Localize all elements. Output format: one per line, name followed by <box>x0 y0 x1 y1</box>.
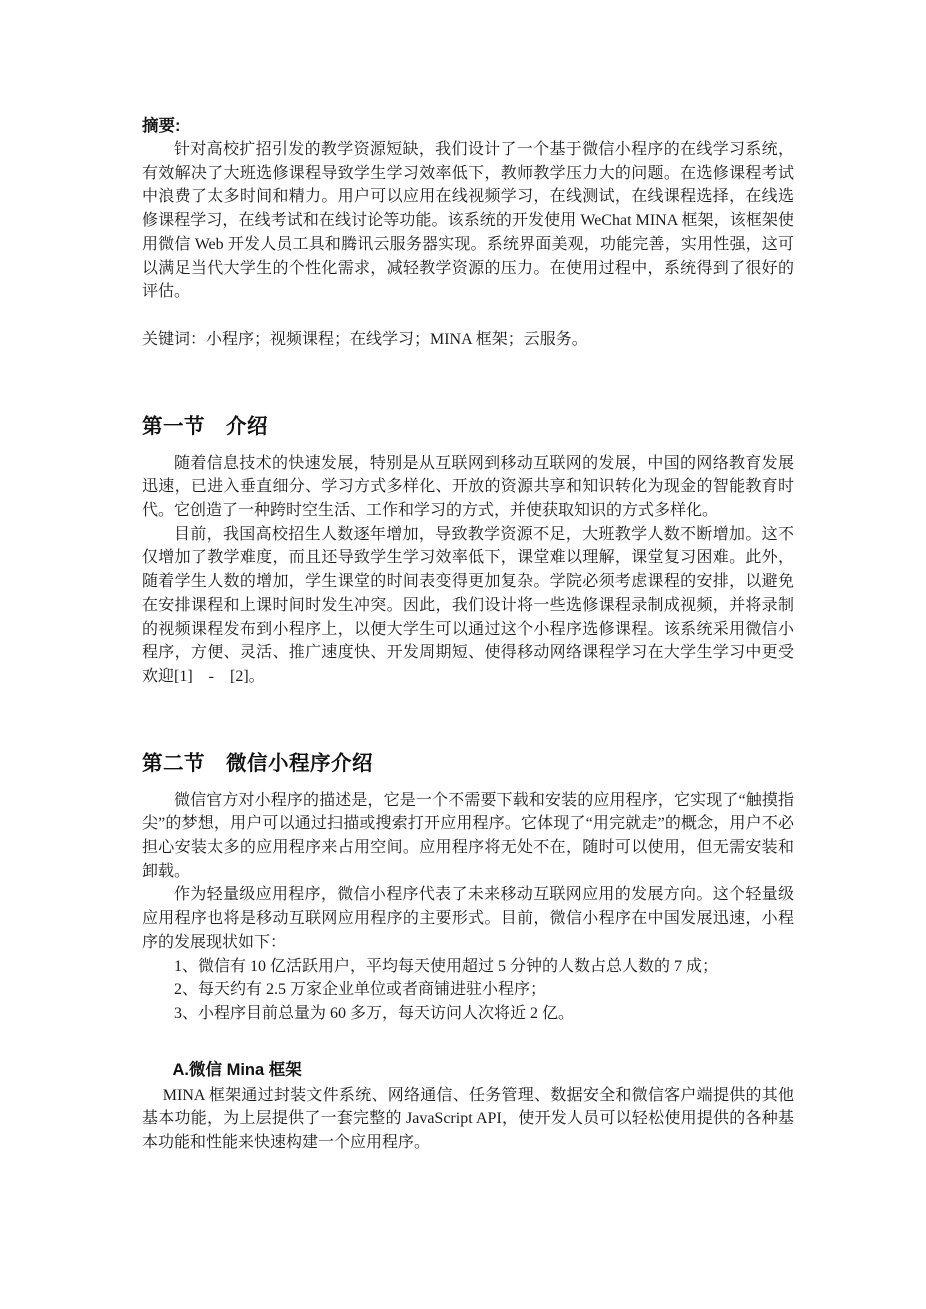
subsection-a-title: A.微信 Mina 框架 <box>142 1058 794 1082</box>
abstract-paragraph: 针对高校扩招引发的教学资源短缺，我们设计了一个基于微信小程序的在线学习系统，有效… <box>142 138 794 304</box>
section-1-title: 第一节 介绍 <box>142 414 794 439</box>
document-content: 摘要: 针对高校扩招引发的教学资源短缺，我们设计了一个基于微信小程序的在线学习系… <box>142 114 794 1155</box>
document-page: 摘要: 针对高校扩招引发的教学资源短缺，我们设计了一个基于微信小程序的在线学习系… <box>0 0 926 1309</box>
section-2-paragraph-2: 作为轻量级应用程序，微信小程序代表了未来移动互联网应用的发展方向。这个轻量级应用… <box>142 883 794 954</box>
stat-list-item-1: 1、微信有 10 亿活跃用户，平均每天使用超过 5 分钟的人数占总人数的 7 成… <box>142 955 794 979</box>
section-1-paragraph-1: 随着信息技术的快速发展，特别是从互联网到移动互联网的发展，中国的网络教育发展迅速… <box>142 452 794 523</box>
section-1-paragraph-2: 目前，我国高校招生人数逐年增加，导致教学资源不足，大班教学人数不断增加。这不仅增… <box>142 523 794 689</box>
section-2-paragraph-1: 微信官方对小程序的描述是，它是一个不需要下载和安装的应用程序，它实现了“触摸指尖… <box>142 789 794 884</box>
stat-list-item-3: 3、小程序目前总量为 60 多万，每天访问人次将近 2 亿。 <box>142 1002 794 1026</box>
subsection-a-paragraph: MINA 框架通过封装文件系统、网络通信、任务管理、数据安全和微信客户端提供的其… <box>142 1084 794 1155</box>
abstract-label: 摘要: <box>142 114 794 138</box>
keywords-line: 关键词：小程序；视频课程；在线学习；MINA 框架；云服务。 <box>142 328 794 352</box>
section-2-title: 第二节 微信小程序介绍 <box>142 751 794 776</box>
stat-list-item-2: 2、每天约有 2.5 万家企业单位或者商铺进驻小程序； <box>142 978 794 1002</box>
